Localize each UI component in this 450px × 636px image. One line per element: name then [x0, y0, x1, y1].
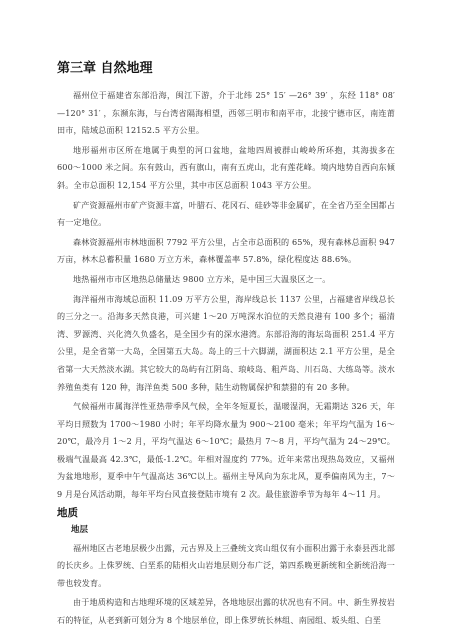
paragraph-climate: 气候福州市属海洋性亚热带季风气候，全年冬短夏长，温暖湿润，无霜期达 326 天，…	[57, 398, 395, 504]
paragraph-forest: 森林资源福州市林地面积 7792 平方公里，占全市总面积的 65%，现有森林总面…	[57, 234, 395, 269]
paragraph-terrain: 地形福州市区所在地属于典型的河口盆地，盆地四周被群山峻岭所环抱，其海拔多在 60…	[57, 142, 395, 195]
subsection-heading-strata: 地层	[71, 522, 395, 538]
chapter-title: 第三章 自然地理	[57, 60, 395, 78]
paragraph-location: 福州位于福建省东部沿海，闽江下游，介于北纬 25° 15′ —26° 39′ ，…	[57, 87, 395, 140]
paragraph-ocean: 海洋福州市海域总面积 11.09 万平方公里，海岸线总长 1137 公里，占福建…	[57, 291, 395, 397]
paragraph-minerals: 矿产资源福州市矿产资源丰富，叶腊石、花冈石、硅砂等非金属矿，在全省乃至全国都占有…	[57, 197, 395, 232]
paragraph-strata-2: 由于地质构造和古地理环境的区域差异，各地地层出露的状况也有不同。中、新生界按岩石…	[57, 594, 395, 629]
section-heading-geology: 地质	[57, 506, 395, 521]
document-page: 第三章 自然地理 福州位于福建省东部沿海，闽江下游，介于北纬 25° 15′ —…	[57, 60, 395, 632]
paragraph-strata-1: 福州地区古老地层极少出露，元古界及上三叠统文宾山组仅有小面积出露于永泰县西北部的…	[57, 540, 395, 593]
paragraph-geothermal: 地热福州市市区地热总储量达 9800 立方米，是中国三大温泉区之一。	[57, 271, 395, 289]
